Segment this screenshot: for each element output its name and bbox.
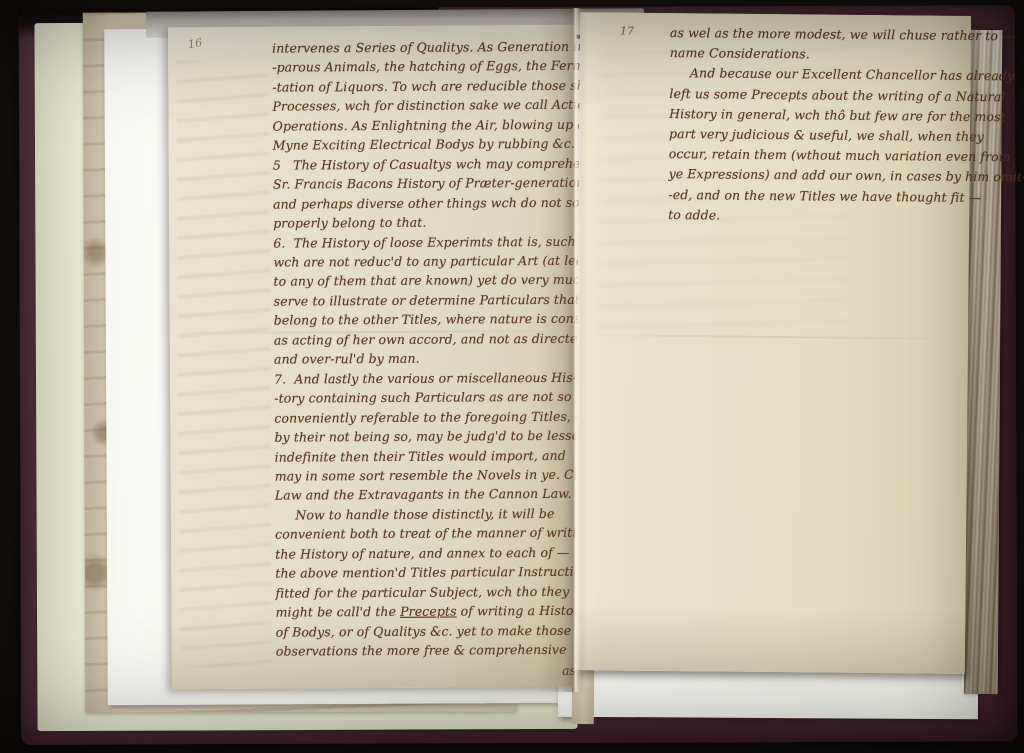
manuscript-line: -parous Animals, the hatching of Eggs, t… [272, 56, 572, 77]
manuscript-line: Sr. Francis Bacons History of Præter-gen… [273, 173, 573, 194]
manuscript-line: intervenes a Series of Qualitys. As Gene… [272, 37, 572, 58]
manuscript-line: the History of nature, and annex to each… [275, 543, 575, 564]
manuscript-line: convenient both to treat of the manner o… [275, 523, 575, 544]
page-number-right: 17 [620, 25, 634, 38]
right-manuscript-page: 17 as wel as the more modest, we will ch… [574, 12, 971, 674]
page-number-left: 16 [187, 36, 203, 51]
manuscript-line: might be call'd the Precepts of writing … [275, 601, 575, 622]
line-fragment: might be call'd the [276, 604, 401, 620]
manuscript-line: to any of them that are known) yet do ve… [273, 270, 573, 291]
manuscript-line: as wel as the more modest, we will chuse… [670, 23, 970, 46]
manuscript-line: Law and the Extravagants in the Cannon L… [275, 484, 575, 505]
manuscript-line: Processes, wch for distinction sake we c… [272, 95, 572, 116]
right-page-text-block: as wel as the more modest, we will chuse… [668, 23, 970, 228]
manuscript-line: History in general, wch thô but few are … [669, 104, 969, 127]
ink-showthrough [176, 61, 272, 668]
manuscript-line: as acting of her own accord, and not as … [274, 329, 574, 350]
manuscript-line: conveniently referable to the foregoing … [274, 406, 574, 427]
manuscript-line: by their not being so, may be judg'd to … [274, 426, 574, 447]
manuscript-line: indefinite then their Titles would impor… [275, 445, 575, 466]
manuscript-line: -tory containing such Particulars as are… [274, 387, 574, 408]
manuscript-line: to adde. [668, 205, 968, 228]
manuscript-photograph: 16 intervenes a Series of Qualitys. As G… [0, 0, 1024, 753]
manuscript-line: Myne Exciting Electrical Bodys by rubbin… [273, 134, 573, 155]
fold-line [577, 334, 968, 340]
manuscript-line: and over-rul'd by man. [274, 348, 574, 369]
manuscript-line: left us some Precepts about the writing … [669, 84, 969, 107]
manuscript-line: wch are not reduc'd to any particular Ar… [273, 251, 573, 272]
left-page-text-block: intervenes a Series of Qualitys. As Gene… [272, 37, 576, 661]
manuscript-line: 5 The History of Casualtys wch may compr… [273, 153, 573, 174]
manuscript-line: the above mention'd Titles particular In… [275, 562, 575, 583]
manuscript-line: properly belong to that. [273, 212, 573, 233]
manuscript-line: and perhaps diverse other things wch do … [273, 192, 573, 213]
manuscript-line: may in some sort resemble the Novels in … [275, 465, 575, 486]
manuscript-line: serve to illustrate or determine Particu… [274, 290, 574, 311]
manuscript-line: of Bodys, or of Qualitys &c. yet to make… [276, 620, 576, 641]
manuscript-line: -ed, and on the new Titles we have thoug… [668, 185, 968, 208]
manuscript-line: -tation of Liquors. To wch are reducible… [272, 76, 572, 97]
manuscript-line: Now to handle those distinctly, it will … [275, 504, 575, 525]
line-fragment: of writing a History [457, 603, 587, 619]
manuscript-line: belong to the other Titles, where nature… [274, 309, 574, 330]
manuscript-line: occur, retain them (wthout much variatio… [669, 144, 969, 167]
manuscript-line: Operations. As Enlightning the Air, blow… [273, 115, 573, 136]
manuscript-line: 6. The History of loose Experimts that i… [273, 231, 573, 252]
left-manuscript-page: 16 intervenes a Series of Qualitys. As G… [168, 25, 579, 689]
manuscript-line: observations the more free & comprehensi… [276, 640, 576, 661]
manuscript-line: name Considerations. [670, 43, 970, 66]
manuscript-line: part very judicious & useful, we shall, … [669, 124, 969, 147]
manuscript-line: And because our Excellent Chancellor has… [669, 63, 969, 86]
manuscript-line: fitted for the particular Subject, wch t… [275, 581, 575, 602]
manuscript-line: ye Expressions) and add our own, in case… [669, 164, 969, 187]
manuscript-line: 7. And lastly the various or miscellaneo… [274, 367, 574, 388]
underlined-word: Precepts [400, 604, 457, 619]
